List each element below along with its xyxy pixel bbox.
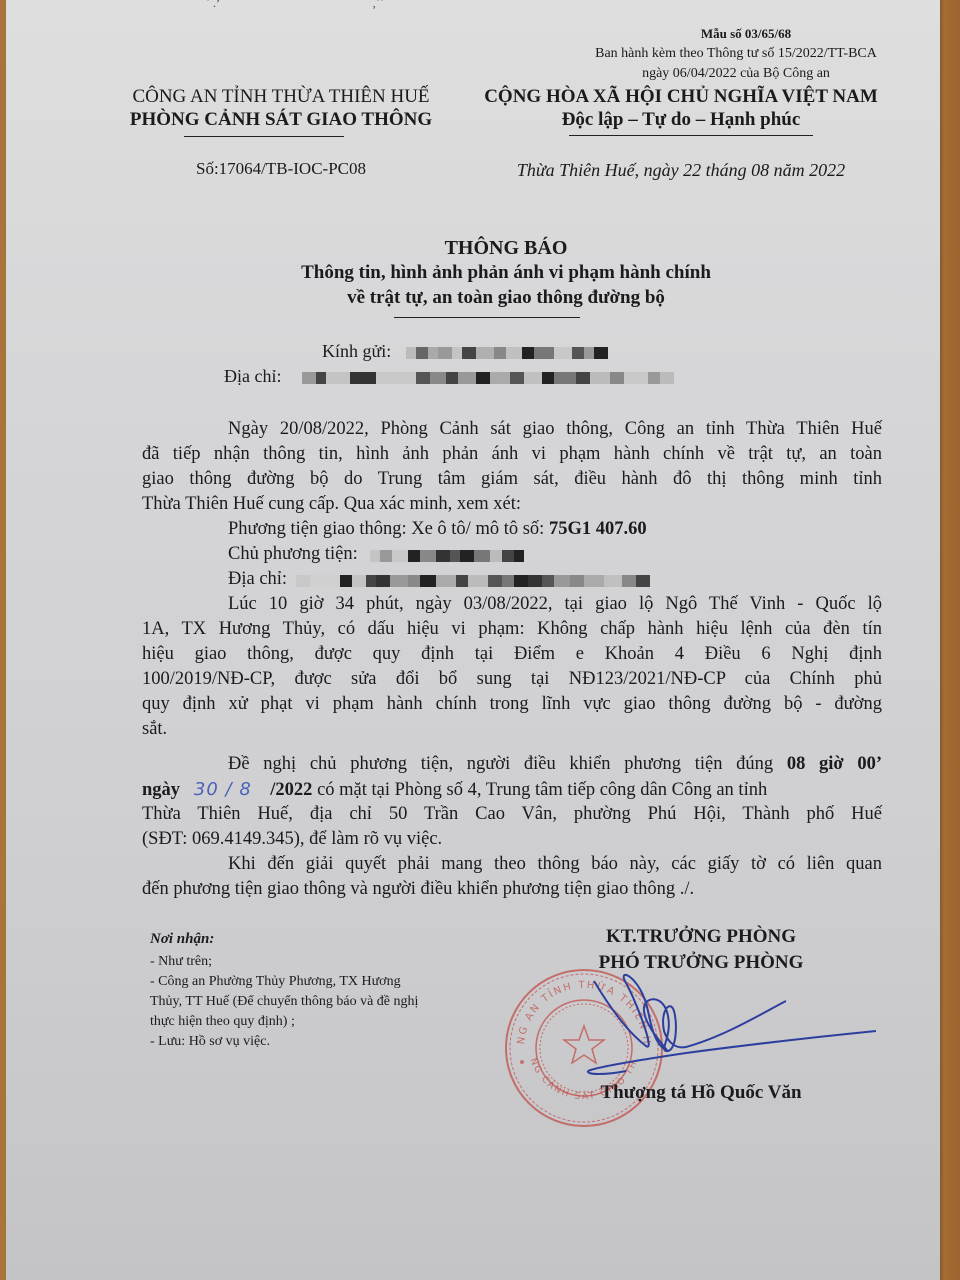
appointment-time: 08 giờ 00’ — [787, 754, 882, 774]
paragraph-4-line-1: Khi đến giải quyết phải mang theo thông … — [228, 854, 882, 875]
paragraph-2-line-3: hiệu giao thông, được quy định tại Điểm … — [142, 644, 882, 665]
form-reference-line-2: ngày 06/04/2022 của Bộ Công an — [566, 66, 906, 82]
paragraph-2-line-4: 100/2019/NĐ-CP, được sửa đổi bổ sung tại… — [142, 669, 882, 690]
address-redacted — [302, 369, 812, 387]
recipients-line-3: Thủy, TT Huế (Để chuyển thông báo và đề … — [150, 994, 418, 1010]
place-date: Thừa Thiên Huế, ngày 22 tháng 08 năm 202… — [461, 160, 901, 181]
paragraph-4-line-2: đến phương tiện giao thông và người điều… — [142, 879, 882, 900]
agency-underline — [184, 136, 344, 137]
form-number: Mẫu số 03/65/68 — [566, 26, 926, 42]
recipients-line-1: - Như trên; — [150, 954, 212, 970]
agency-name: PHÒNG CẢNH SÁT GIAO THÔNG — [106, 109, 456, 131]
recipient-label: Kính gửi: — [322, 341, 391, 362]
handwritten-signature-icon — [586, 971, 876, 1081]
nation-name: CỘNG HÒA XÃ HỘI CHỦ NGHĨA VIỆT NAM — [461, 86, 901, 108]
form-reference-line-1: Ban hành kèm theo Thông tư số 15/2022/TT… — [566, 46, 906, 62]
title-underline — [394, 317, 580, 318]
document-page: ˙ .’ ‚˙˙ Mẫu số 03/65/68 Ban hành kèm th… — [6, 0, 940, 1280]
document-subtitle-line-2: về trật tự, an toàn giao thông đường bộ — [206, 287, 806, 309]
recipient-redacted — [406, 344, 696, 362]
paragraph-2-line-6: sắt. — [142, 719, 882, 740]
vehicle-label: Phương tiện giao thông: Xe ô tô/ mô tô s… — [228, 519, 549, 539]
motto-underline — [569, 135, 813, 136]
recipients-line-5: - Lưu: Hồ sơ vụ việc. — [150, 1034, 270, 1050]
paragraph-2-line-5: quy định xử phạt vi phạm hành chính tron… — [142, 694, 882, 715]
appointment-day-label: ngày — [142, 780, 180, 800]
owner-redacted — [370, 547, 570, 565]
paragraph-1-line-2: đã tiếp nhận thông tin, hình ảnh phản án… — [142, 444, 882, 465]
recipients-line-2: - Công an Phường Thủy Phương, TX Hương — [150, 974, 401, 990]
paragraph-3-line-2: ngày 30 / 8 /2022 có mặt tại Phòng số 4,… — [142, 779, 882, 801]
recipients-line-4: thực hiện theo quy định) ; — [150, 1014, 295, 1030]
signature-on-behalf: KT.TRƯỞNG PHÒNG — [526, 926, 876, 948]
previous-page-bleed: ˙ .’ ‚˙˙ — [206, 0, 384, 11]
paragraph-3-line-1: Đề nghị chủ phương tiện, người điều khiể… — [228, 754, 882, 775]
signer-name: Thượng tá Hồ Quốc Văn — [526, 1082, 876, 1104]
paragraph-1-line-1: Ngày 20/08/2022, Phòng Cảnh sát giao thô… — [228, 419, 882, 440]
owner-label: Chủ phương tiện: — [228, 544, 960, 565]
recipients-title: Nơi nhận: — [150, 931, 214, 948]
appointment-location: có mặt tại Phòng số 4, Trung tâm tiếp cô… — [312, 780, 767, 800]
paragraph-3-line-3: Thừa Thiên Huế, địa chỉ 50 Trần Cao Vân,… — [142, 804, 882, 825]
document-title: THÔNG BÁO — [206, 237, 806, 260]
document-subtitle-line-1: Thông tin, hình ảnh phản ánh vi phạm hàn… — [206, 262, 806, 284]
motto: Độc lập – Tự do – Hạnh phúc — [461, 109, 901, 131]
appointment-text: Đề nghị chủ phương tiện, người điều khiể… — [228, 754, 787, 774]
address-label: Địa chỉ: — [224, 366, 281, 387]
paragraph-3-line-4: (SĐT: 069.4149.345), để làm rõ vụ việc. — [142, 829, 882, 850]
paragraph-2-line-1: Lúc 10 giờ 34 phút, ngày 03/08/2022, tại… — [228, 594, 882, 615]
document-number: Số:17064/TB-IOC-PC08 — [106, 159, 456, 179]
owner-address-redacted — [296, 572, 776, 590]
appointment-year: /2022 — [270, 780, 312, 800]
paragraph-1-line-4: Thừa Thiên Huế cung cấp. Qua xác minh, x… — [142, 494, 882, 515]
vehicle-line: Phương tiện giao thông: Xe ô tô/ mô tô s… — [228, 519, 960, 540]
paragraph-1-line-3: giao thông đường bộ do Trung tâm giám sá… — [142, 469, 882, 490]
handwritten-date: 30 / 8 — [194, 779, 252, 800]
agency-parent: CÔNG AN TỈNH THỪA THIÊN HUẾ — [106, 86, 456, 108]
paragraph-2-line-2: 1A, TX Hương Thủy, có dấu hiệu vi phạm: … — [142, 619, 882, 640]
vehicle-plate: 75G1 407.60 — [549, 519, 647, 539]
